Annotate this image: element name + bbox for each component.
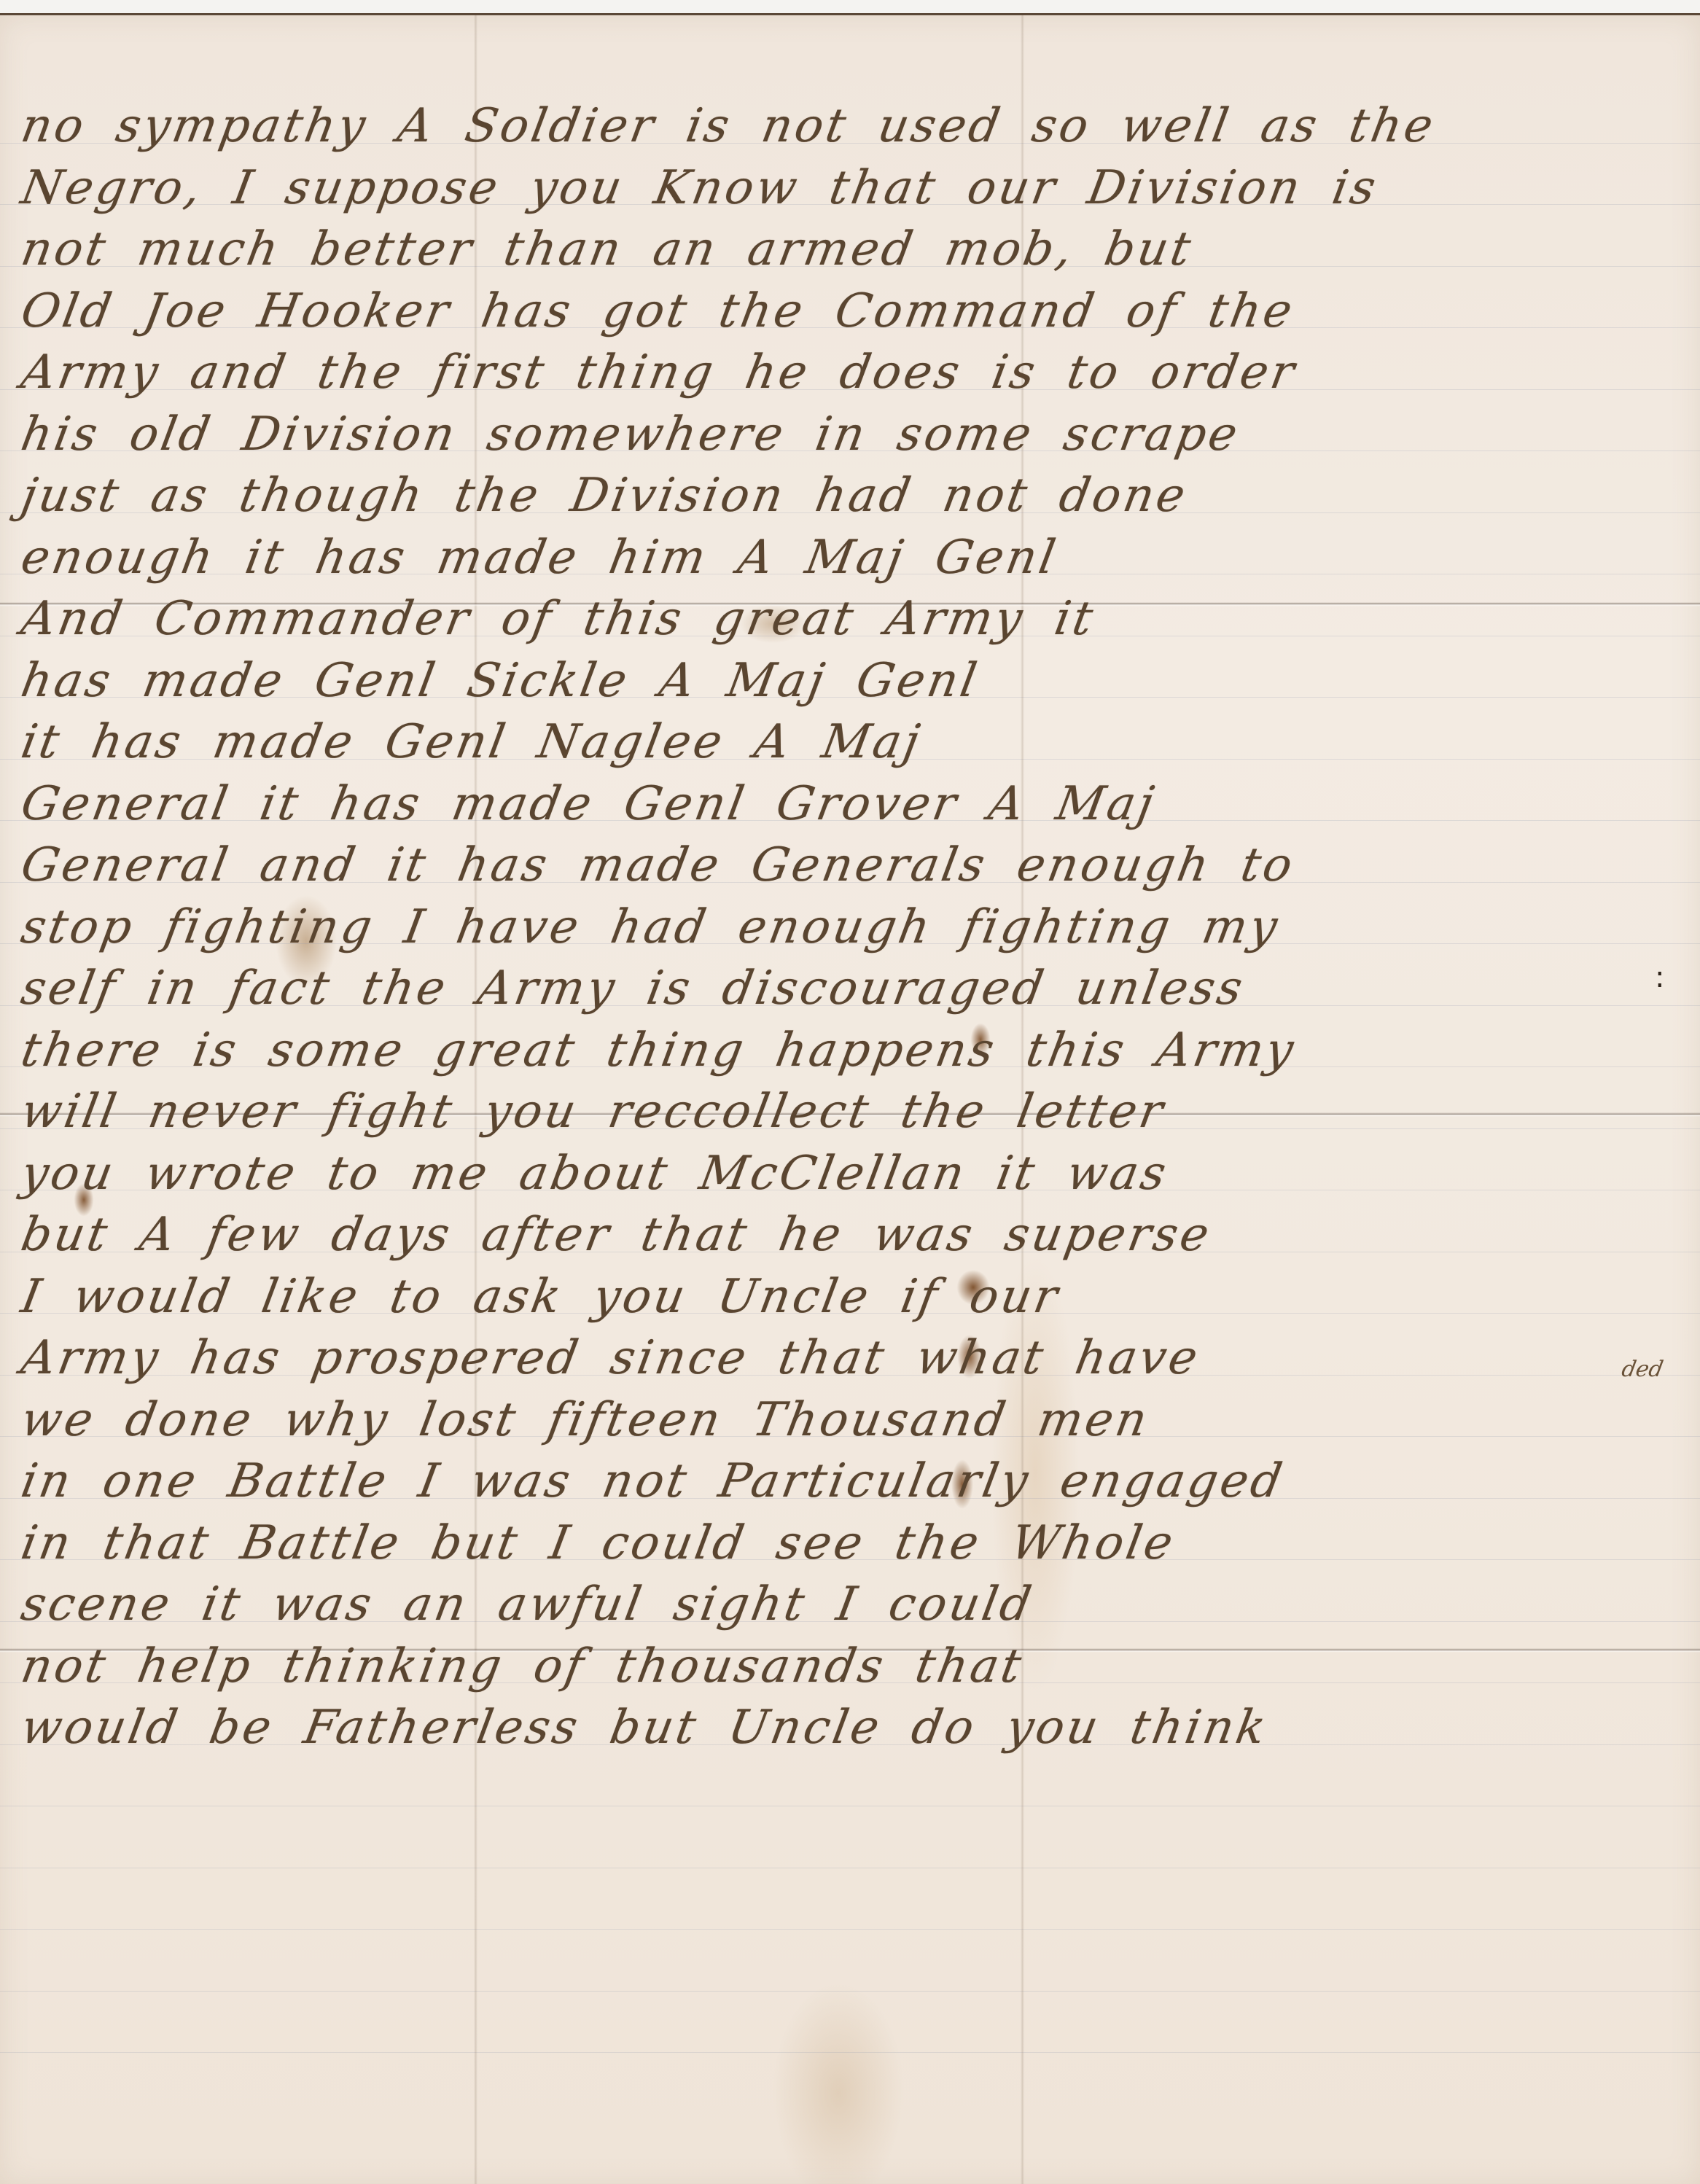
letter-line: Negro, I suppose you Know that our Divis…	[17, 157, 1697, 219]
letter-line: And Commander of this great Army it	[17, 588, 1697, 650]
letter-line: I would like to ask you Uncle if our	[17, 1266, 1697, 1328]
letter-line: Army and the first thing he does is to o…	[17, 342, 1697, 404]
letter-line: self in fact the Army is discouraged unl…	[17, 958, 1697, 1020]
letter-line: in that Battle but I could see the Whole	[17, 1513, 1697, 1575]
letter-body: no sympathy A Soldier is not used so wel…	[22, 95, 1691, 1759]
ruled-line	[0, 2052, 1700, 2053]
letter-line: will never fight you reccollect the lett…	[17, 1081, 1697, 1143]
letter-line: enough it has made him A Maj Genl	[17, 527, 1697, 589]
letter-line: Army has prospered since that what have	[17, 1327, 1697, 1389]
letter-line: we done why lost fifteen Thousand men	[17, 1389, 1697, 1451]
letter-line: there is some great thing happens this A…	[17, 1020, 1697, 1082]
ruled-line	[0, 1929, 1700, 1930]
letter-line: no sympathy A Soldier is not used so wel…	[17, 95, 1697, 157]
letter-line: scene it was an awful sight I could	[17, 1574, 1697, 1636]
letter-line: in one Battle I was not Particularly eng…	[17, 1451, 1697, 1513]
letter-line: not help thinking of thousands that	[17, 1636, 1697, 1698]
letter-line: but A few days after that he was superse	[17, 1204, 1697, 1266]
ruled-line	[0, 1868, 1700, 1868]
letter-line: just as though the Division had not done	[17, 465, 1697, 527]
letter-line: would be Fatherless but Uncle do you thi…	[17, 1697, 1697, 1759]
interlinear-insertion: ded	[1620, 1357, 1665, 1382]
ruled-line	[0, 1806, 1700, 1806]
letter-page: no sympathy A Soldier is not used so wel…	[0, 13, 1700, 2184]
letter-line: not much better than an armed mob, but	[17, 219, 1697, 281]
letter-line: General and it has made Generals enough …	[17, 835, 1697, 897]
letter-line: it has made Genl Naglee A Maj	[17, 711, 1697, 773]
letter-line: his old Division somewhere in some scrap…	[17, 404, 1697, 466]
margin-mark: :	[1655, 963, 1664, 992]
letter-line: General it has made Genl Grover A Maj	[17, 773, 1697, 835]
letter-line: you wrote to me about McClellan it was	[17, 1143, 1697, 1205]
ruled-line	[0, 1991, 1700, 1992]
letter-line: has made Genl Sickle A Maj Genl	[17, 650, 1697, 712]
letter-line: Old Joe Hooker has got the Command of th…	[17, 281, 1697, 343]
letter-line: stop fighting I have had enough fighting…	[17, 897, 1697, 959]
